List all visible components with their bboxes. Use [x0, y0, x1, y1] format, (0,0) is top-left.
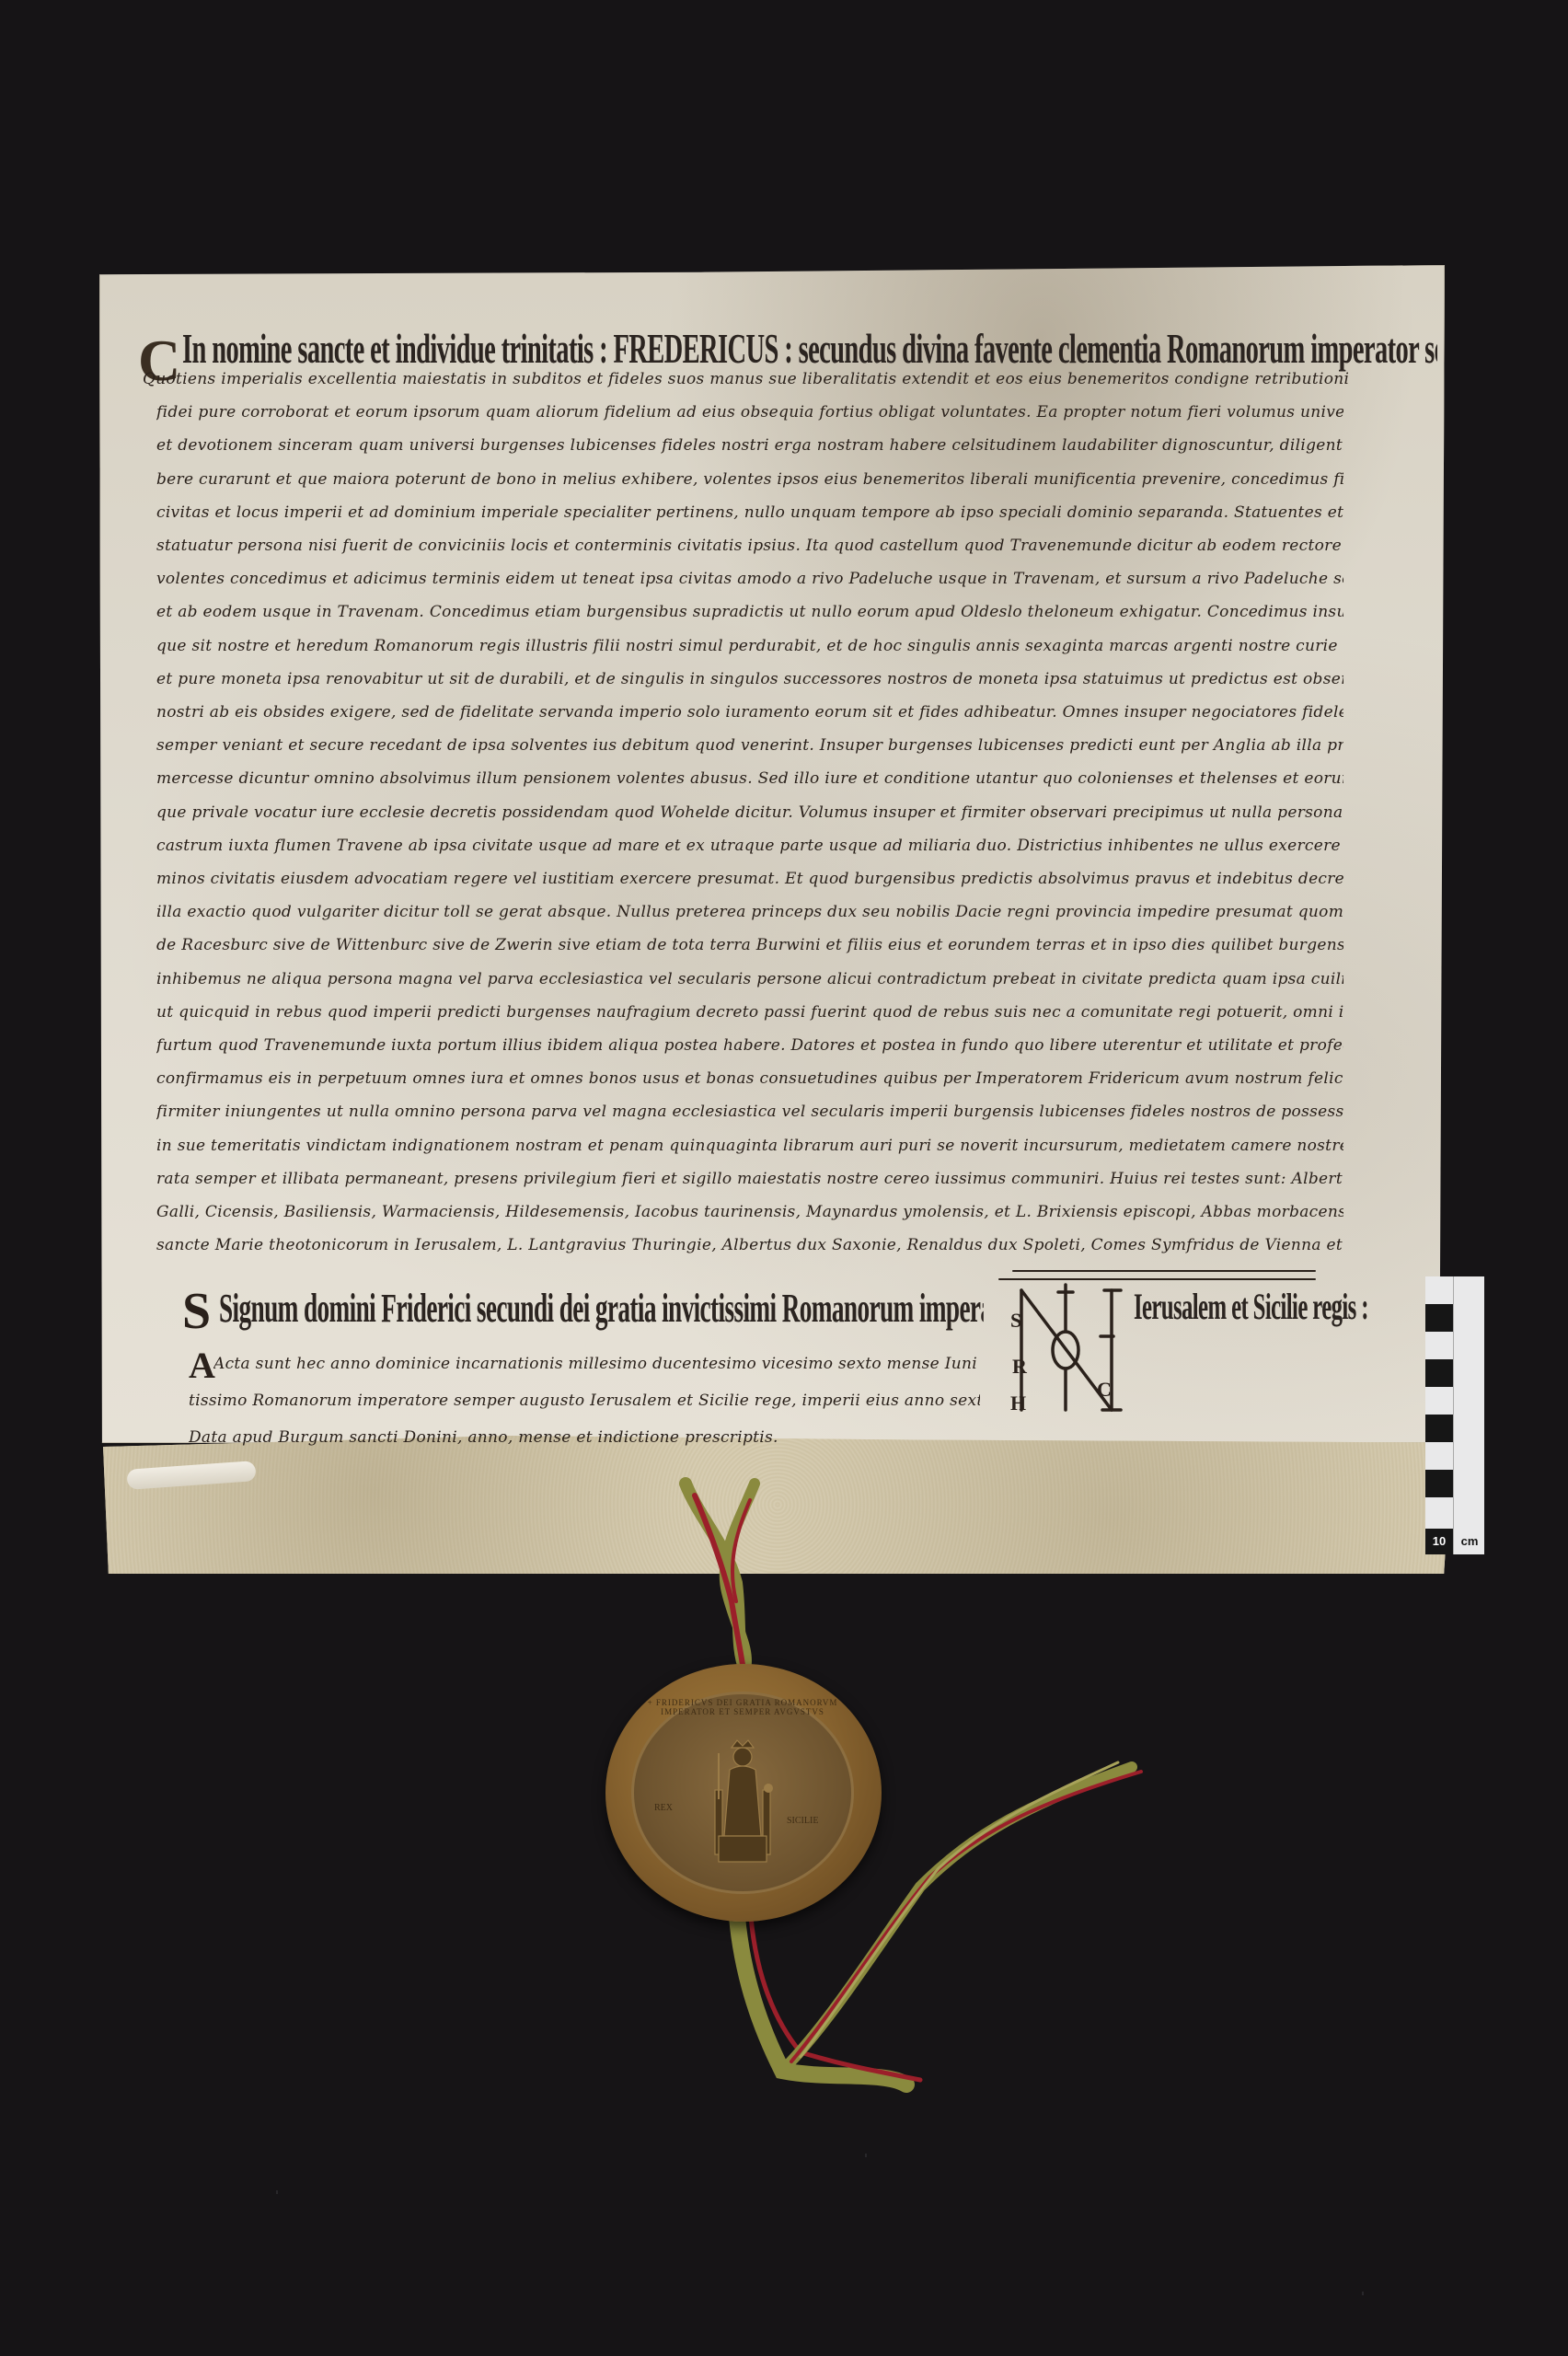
- scale-segment: [1425, 1332, 1453, 1359]
- svg-text:R: R: [1012, 1355, 1028, 1378]
- background-speck: [865, 2154, 867, 2157]
- scale-divider: [1453, 1276, 1454, 1554]
- svg-text:S: S: [1010, 1309, 1021, 1332]
- decorated-initial-a: A: [189, 1344, 215, 1387]
- charter-text-line: firmiter iniungentes ut nulla omnino per…: [156, 1103, 1343, 1121]
- scale-segment: [1425, 1470, 1453, 1497]
- charter-text-line: rata semper et illibata permaneant, pres…: [156, 1170, 1343, 1188]
- charter-text-line: Galli, Cicensis, Basiliensis, Warmaciens…: [156, 1203, 1343, 1221]
- charter-text-line: inhibemus ne aliqua persona magna vel pa…: [156, 970, 1343, 988]
- flourish-rule: [1012, 1270, 1316, 1272]
- charter-text-line: de Racesburc sive de Wittenburc sive de …: [156, 936, 1343, 954]
- signum-line-continuation: Ierusalem et Sicilie regis :: [1134, 1285, 1453, 1328]
- scale-segment: [1425, 1359, 1453, 1387]
- charter-text-line: et devotionem sinceram quam universi bur…: [156, 436, 1343, 455]
- charter-text-line: et pure moneta ipsa renovabitur ut sit d…: [156, 670, 1343, 688]
- charter-text-line: volentes concedimus et adicimus terminis…: [156, 570, 1343, 588]
- wax-seal: + FRIDERICVS DEI GRATIA ROMANORVM IMPERA…: [605, 1664, 882, 1922]
- dating-line-1: Acta sunt hec anno dominice incarnationi…: [213, 1355, 977, 1373]
- charter-text-line: illa exactio quod vulgariter dicitur tol…: [156, 903, 1343, 921]
- charter-text-line: in sue temeritatis vindictam indignation…: [156, 1137, 1343, 1155]
- charter-text-line: statuatur persona nisi fuerit de convici…: [156, 537, 1343, 555]
- scale-segment: [1425, 1415, 1453, 1442]
- charter-text-line: ut quicquid in rebus quod imperii predic…: [156, 1003, 1343, 1022]
- charter-text-line: bere curarunt et que maiora poterunt de …: [156, 470, 1343, 489]
- charter-text-line: mercesse dicuntur omnino absolvimus illu…: [156, 769, 1343, 788]
- svg-text:C: C: [1097, 1378, 1112, 1401]
- invocation-line: In nomine sancte et individue trinitatis…: [182, 324, 1437, 373]
- scale-bar: 10 cm: [1425, 1276, 1484, 1554]
- scale-segment: [1425, 1497, 1453, 1525]
- charter-text-line: minos civitatis eiusdem advocatiam reger…: [156, 870, 1343, 888]
- charter-text-line: confirmamus eis in perpetuum omnes iura …: [156, 1069, 1343, 1088]
- seal-impression: + FRIDERICVS DEI GRATIA ROMANORVM IMPERA…: [631, 1692, 854, 1894]
- seal-field-left: REX: [654, 1803, 673, 1813]
- dating-line-3: Data apud Burgum sancti Donini, anno, me…: [189, 1428, 906, 1447]
- scale-segment: [1425, 1304, 1453, 1332]
- scale-segment: [1425, 1442, 1453, 1470]
- imperial-monogram-icon: S R H C: [994, 1281, 1123, 1419]
- signum-line: Signum domini Friderici secundi dei grat…: [219, 1285, 984, 1332]
- decorated-initial-s: S: [182, 1282, 211, 1341]
- charter-text-line: semper veniant et secure recedant de ips…: [156, 736, 1343, 755]
- charter-text-line: sancte Marie theotonicorum in Ierusalem,…: [156, 1236, 1343, 1254]
- background-speck: [276, 2190, 278, 2194]
- parchment-plica-fold: [103, 1436, 1452, 1574]
- scale-segment: [1425, 1387, 1453, 1415]
- scale-label-number: 10: [1425, 1529, 1453, 1554]
- scale-label-unit: cm: [1455, 1529, 1484, 1554]
- enthroned-emperor-icon: [706, 1735, 779, 1873]
- charter-text-line: que sit nostre et heredum Romanorum regi…: [156, 637, 1343, 655]
- charter-text-line: et ab eodem usque in Travenam. Concedimu…: [156, 603, 1343, 621]
- charter-text-line: civitas et locus imperii et ad dominium …: [156, 503, 1343, 522]
- svg-text:H: H: [1010, 1392, 1026, 1415]
- background-speck: [1362, 2292, 1364, 2295]
- charter-text-line: que privale vocatur iure ecclesie decret…: [156, 803, 1343, 822]
- charter-text-line: nostri ab eis obsides exigere, sed de fi…: [156, 703, 1343, 722]
- seal-legend: + FRIDERICVS DEI GRATIA ROMANORVM IMPERA…: [634, 1698, 851, 1716]
- charter-text-line: furtum quod Travenemunde iuxta portum il…: [156, 1036, 1343, 1055]
- seal-field-right: SICILIE: [787, 1816, 818, 1826]
- charter-text-line: castrum iuxta flumen Travene ab ipsa civ…: [156, 837, 1343, 855]
- dating-line-2: tissimo Romanorum imperatore semper augu…: [189, 1392, 980, 1410]
- scale-segment: [1425, 1276, 1453, 1304]
- charter-text-line: Quotiens imperialis excellentia maiestat…: [143, 370, 1348, 388]
- flourish-rule: [998, 1278, 1316, 1280]
- charter-text-line: fidei pure corroborat et eorum ipsorum q…: [156, 403, 1343, 422]
